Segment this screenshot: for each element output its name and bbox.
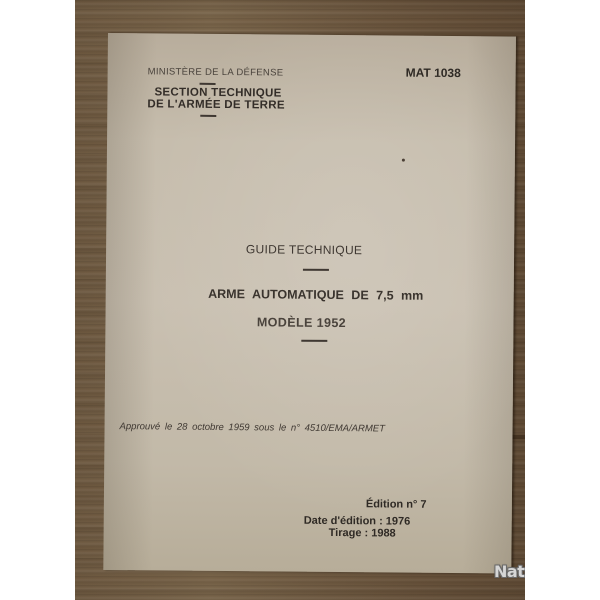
naturabuy-watermark: NaturaBuy [494,562,525,581]
document-cover: MINISTÈRE DE LA DÉFENSE MAT 1038 SECTION… [103,33,516,574]
section-line-1: SECTION TECHNIQUE [154,86,281,99]
guide-title: GUIDE TECHNIQUE [100,241,508,259]
divider [303,269,329,271]
edition-number: Édition n° 7 [366,498,427,511]
section-line-2: DE L'ARMÉE DE TERRE [147,98,285,111]
ministry-label: MINISTÈRE DE LA DÉFENSE [148,66,284,78]
divider [200,115,216,117]
subject-title: ARME AUTOMATIQUE DE 7,5 mm [112,286,520,304]
model-title: MODÈLE 1952 [97,314,505,332]
paper-spot [402,159,405,162]
edition-date: Date d'édition : 1976 [304,515,411,528]
reference-number: MAT 1038 [406,66,461,80]
print-run: Tirage : 1988 [329,527,396,540]
photo: MINISTÈRE DE LA DÉFENSE MAT 1038 SECTION… [75,0,525,600]
divider [301,340,327,342]
approval-note: Approuvé le 28 octobre 1959 sous le n° 4… [120,421,385,434]
divider [200,83,216,85]
